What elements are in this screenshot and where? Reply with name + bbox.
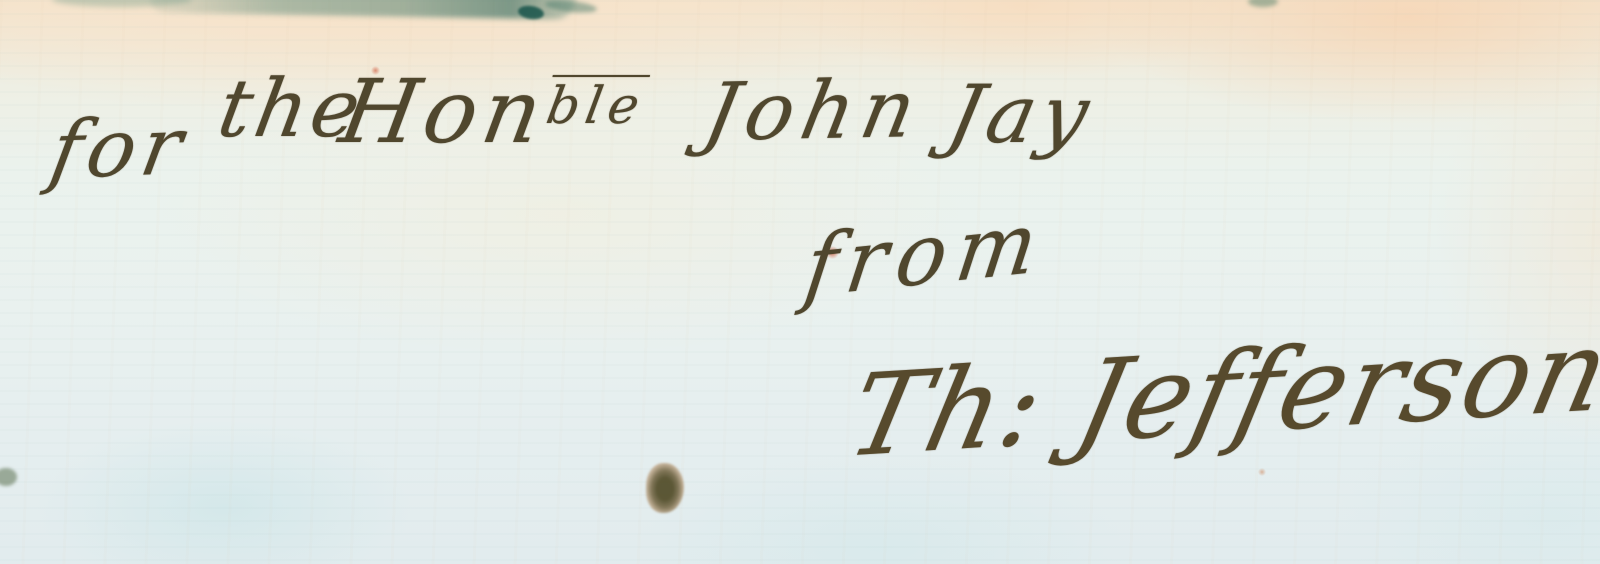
teal-stain-tail <box>545 0 598 15</box>
handwritten-word-honble: Honble <box>333 60 653 163</box>
handwritten-word-john: John <box>697 62 931 159</box>
teal-stain-top-band <box>150 0 575 20</box>
green-speck-bottom-left <box>0 468 17 486</box>
manuscript-page: for the Honble John Jay from Th: Jeffers… <box>0 0 1600 564</box>
handwritten-word-for: for <box>44 99 195 197</box>
handwritten-word-jay: Jay <box>940 68 1103 161</box>
teal-stain-left-faint <box>52 0 192 7</box>
honble-superscript: ble <box>542 77 650 136</box>
handwritten-word-from: from <box>799 192 1053 317</box>
teal-stain-dark-blob <box>517 4 545 20</box>
teal-speck-top-right <box>1248 0 1278 7</box>
honble-main: Hon <box>333 60 556 163</box>
orange-foxing-speck <box>1258 468 1266 476</box>
ink-blot-spot <box>646 463 684 513</box>
jefferson-signature: Th: Jefferson <box>837 305 1600 483</box>
